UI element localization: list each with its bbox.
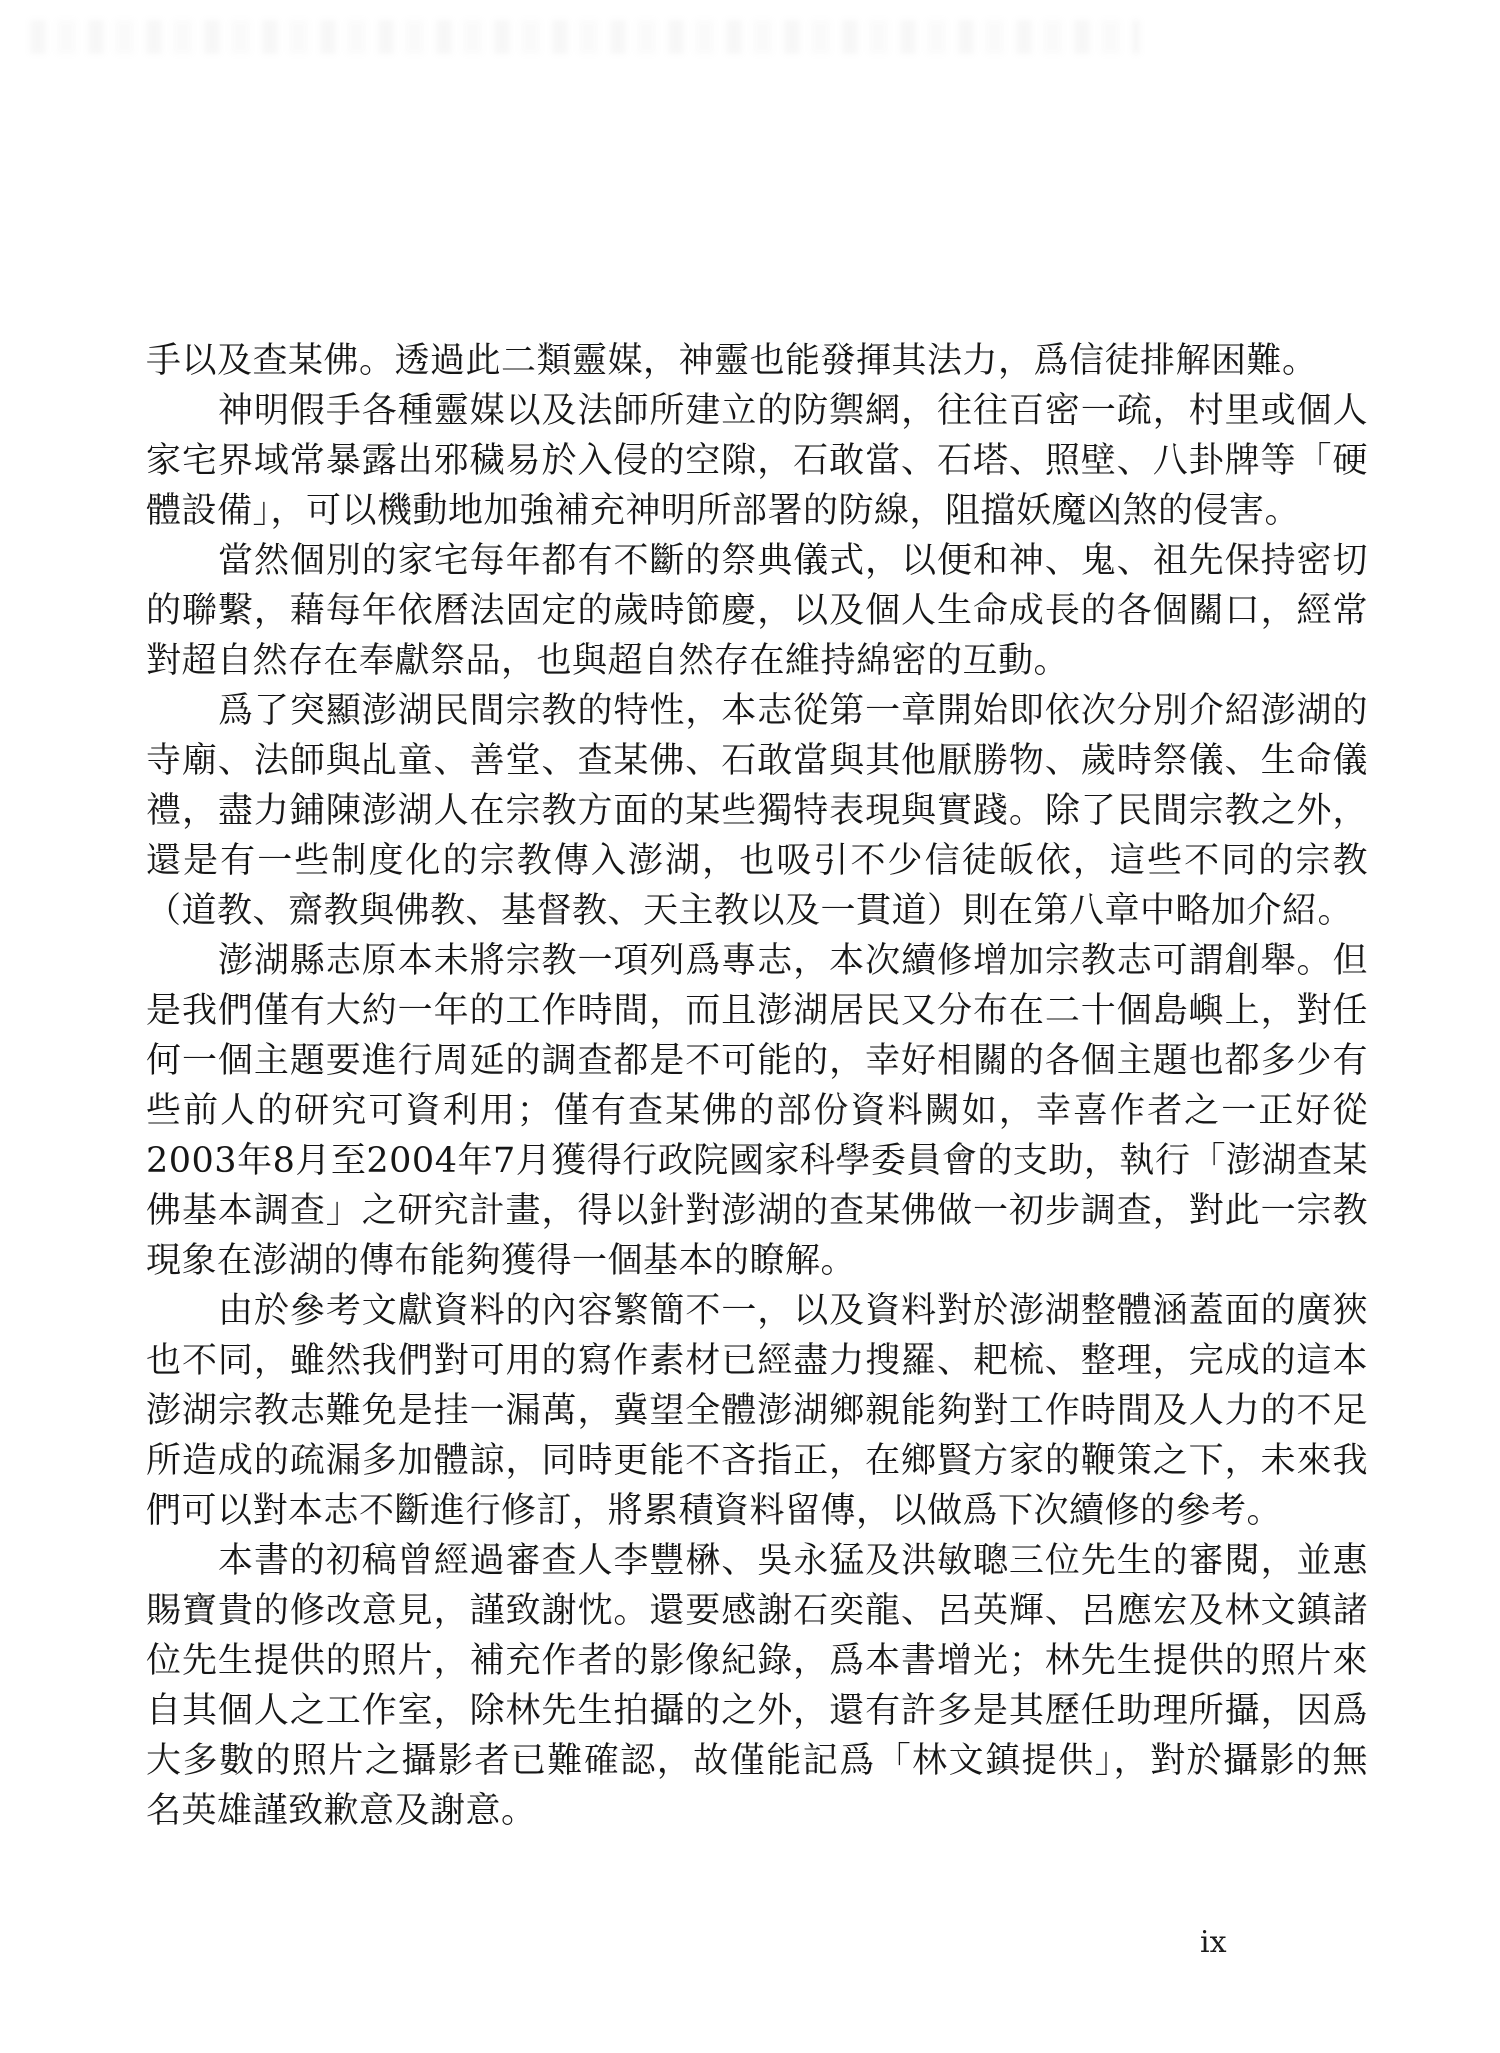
paragraph: 爲了突顯澎湖民間宗教的特性，本志從第一章開始即依次分別介紹澎湖的寺廟、法師與乩童… (146, 686, 1368, 936)
paragraph: 由於參考文獻資料的內容繁簡不一，以及資料對於澎湖整體涵蓋面的廣狹也不同，雖然我們… (146, 1286, 1368, 1536)
paragraph: 神明假手各種靈媒以及法師所建立的防禦網，往往百密一疏，村里或個人家宅界域常暴露出… (146, 386, 1368, 536)
paragraph: 澎湖縣志原本未將宗教一項列爲專志，本次續修增加宗教志可謂創舉。但是我們僅有大約一… (146, 936, 1368, 1286)
bleed-through-ghost-text (30, 20, 1140, 54)
scanned-book-page: 手以及查某佛。透過此二類靈媒，神靈也能發揮其法力，爲信徒排解困難。 神明假手各種… (0, 0, 1500, 2053)
page-number: ix (1200, 1925, 1227, 1960)
paragraph: 本書的初稿曾經過審查人李豐楙、吳永猛及洪敏聰三位先生的審閱，並惠賜寶貴的修改意見… (146, 1536, 1368, 1836)
paragraph-continuation: 手以及查某佛。透過此二類靈媒，神靈也能發揮其法力，爲信徒排解困難。 (146, 336, 1368, 386)
body-text: 手以及查某佛。透過此二類靈媒，神靈也能發揮其法力，爲信徒排解困難。 神明假手各種… (146, 336, 1368, 1836)
paragraph: 當然個別的家宅每年都有不斷的祭典儀式，以便和神、鬼、祖先保持密切的聯繫，藉每年依… (146, 536, 1368, 686)
